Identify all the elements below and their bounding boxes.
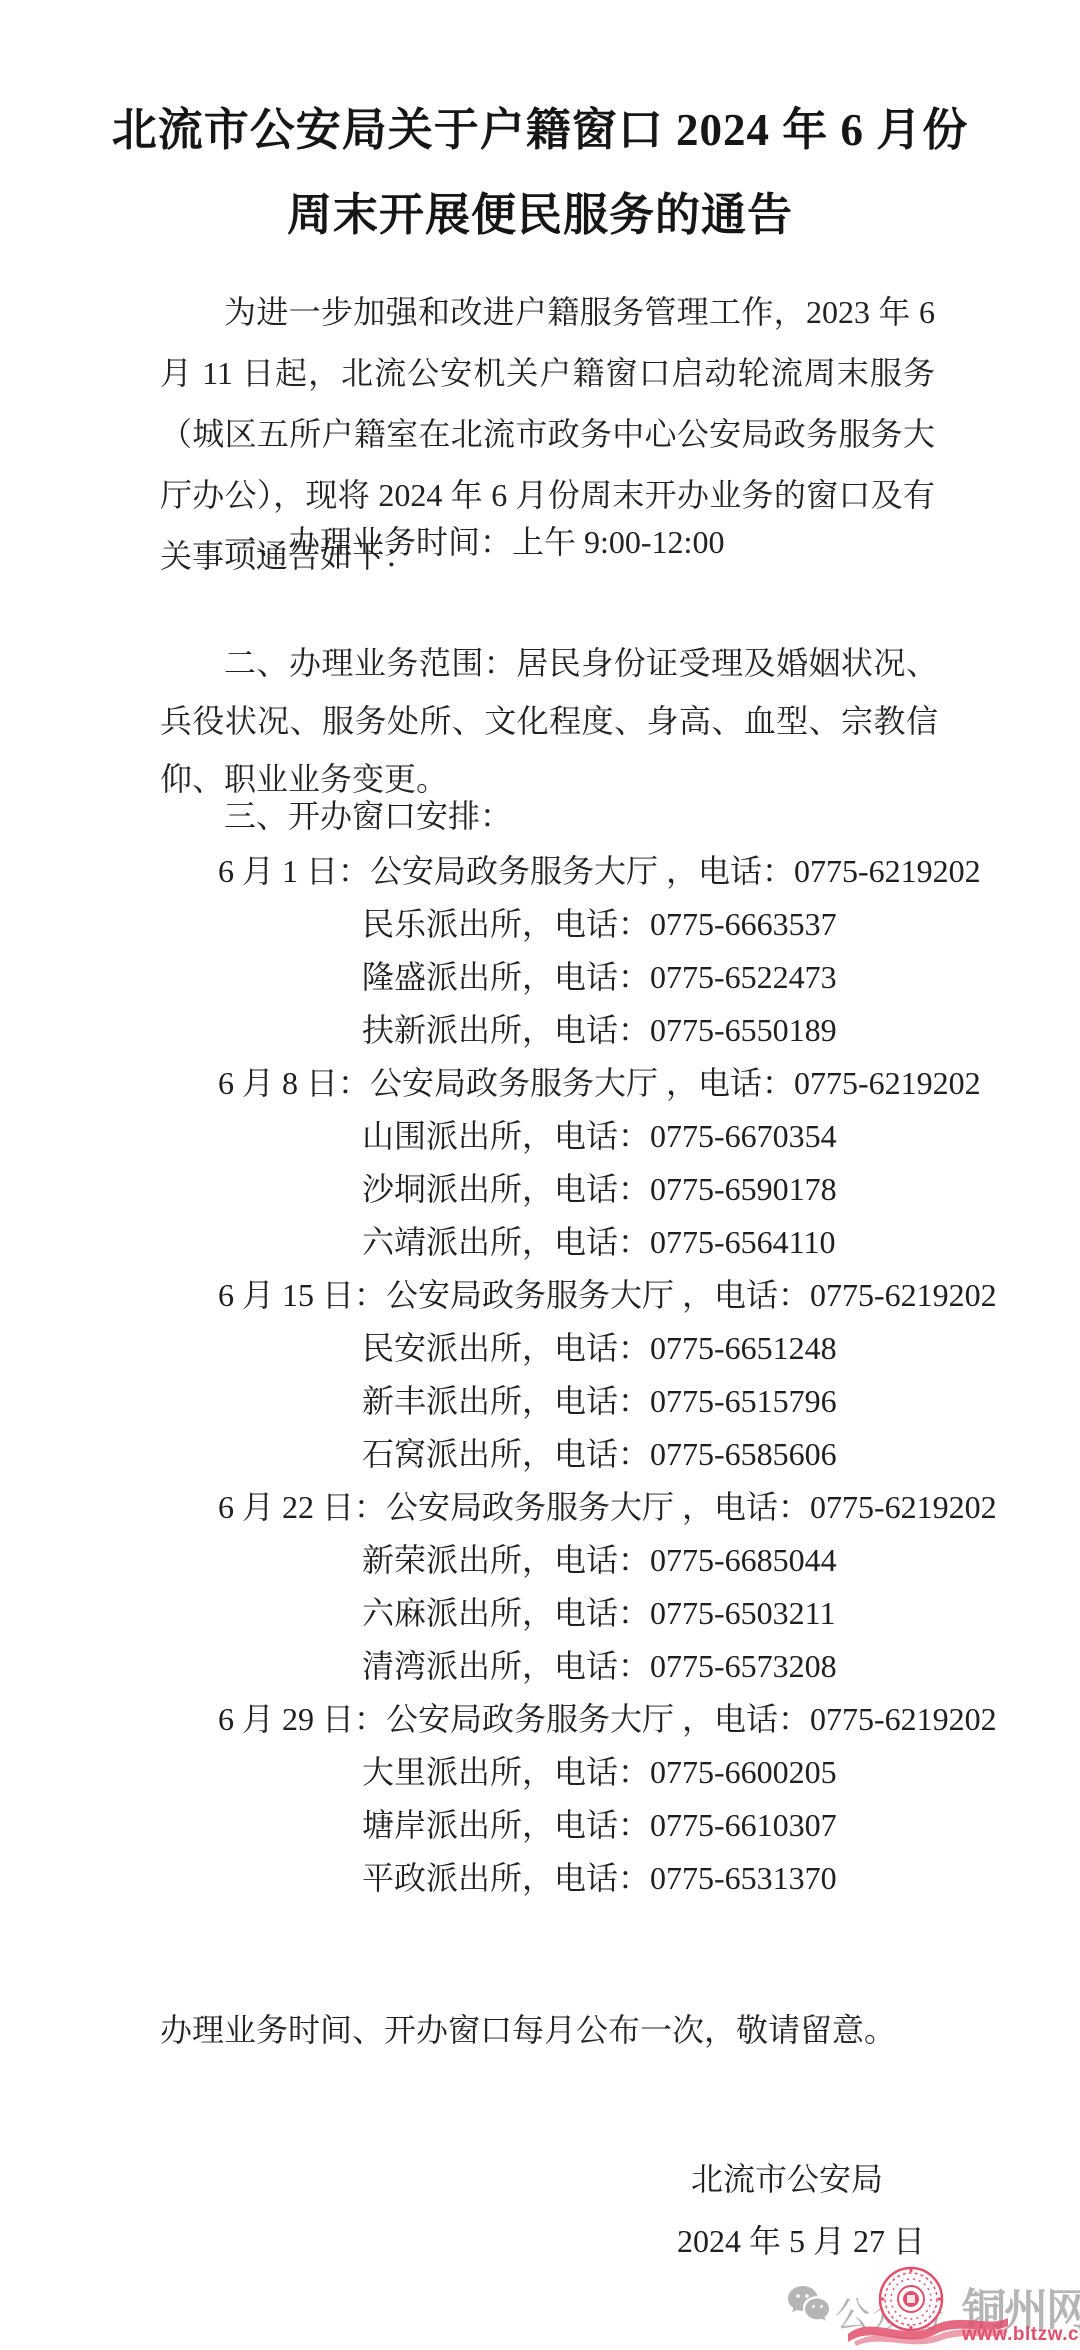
- section-windows-heading: 三、开办窗口安排：: [160, 796, 950, 836]
- seal-icon: [876, 2264, 946, 2334]
- schedule-station-line: 大里派出所，电话：0775-6600205: [160, 1746, 960, 1799]
- schedule-station-line: 隆盛派出所，电话：0775-6522473: [160, 951, 960, 1004]
- issue-date: 2024 年 5 月 27 日: [677, 2210, 897, 2272]
- schedule-station-line: 新丰派出所，电话：0775-6515796: [160, 1375, 960, 1428]
- schedule-date-line: 6 月 8 日：公安局政务服务大厅 ，电话：0775-6219202: [160, 1057, 960, 1110]
- section-service-scope: 二、办理业务范围：居民身份证受理及婚姻状况、兵役状况、服务处所、文化程度、身高、…: [160, 634, 938, 808]
- site-url-watermark: www.bltzw.com: [962, 2324, 1080, 2346]
- schedule-date-line: 6 月 29 日：公安局政务服务大厅 ，电话：0775-6219202: [160, 1693, 960, 1746]
- schedule-date-line: 6 月 1 日：公安局政务服务大厅 ，电话：0775-6219202: [160, 845, 960, 898]
- schedule-date: 6 月 8 日：: [218, 1065, 370, 1101]
- notice-title: 北流市公安局关于户籍窗口 2024 年 6 月份 周末开展便民服务的通告: [0, 88, 1080, 258]
- wechat-icon: [786, 2284, 832, 2328]
- schedule-station-line: 六麻派出所，电话：0775-6503211: [160, 1587, 960, 1640]
- schedule-station-line: 民安派出所，电话：0775-6651248: [160, 1322, 960, 1375]
- schedule-station-line: 沙垌派出所，电话：0775-6590178: [160, 1163, 960, 1216]
- schedule-hall: 公安局政务服务大厅 ，电话：0775-6219202: [370, 1065, 981, 1101]
- schedule-station-line: 山围派出所，电话：0775-6670354: [160, 1110, 960, 1163]
- notice-title-line2: 周末开展便民服务的通告: [0, 173, 1080, 258]
- schedule-date: 6 月 29 日：: [218, 1701, 386, 1737]
- schedule-station-line: 六靖派出所，电话：0775-6564110: [160, 1216, 960, 1269]
- schedule-date: 6 月 15 日：: [218, 1277, 386, 1313]
- closing-note: 办理业务时间、开办窗口每月公布一次，敬请留意。: [160, 2007, 950, 2053]
- signature-block: 北流市公安局 2024 年 5 月 27 日: [677, 2148, 897, 2272]
- schedule-hall: 公安局政务服务大厅 ，电话：0775-6219202: [386, 1701, 997, 1737]
- wechat-account-label: 公众号: [835, 2288, 946, 2338]
- schedule-hall: 公安局政务服务大厅 ，电话：0775-6219202: [386, 1277, 997, 1313]
- schedule-hall: 公安局政务服务大厅 ，电话：0775-6219202: [386, 1489, 997, 1525]
- schedule-date-line: 6 月 15 日：公安局政务服务大厅 ，电话：0775-6219202: [160, 1269, 960, 1322]
- schedule-date: 6 月 22 日：: [218, 1489, 386, 1525]
- issuer-name: 北流市公安局: [677, 2148, 897, 2210]
- schedule-station-line: 石窝派出所，电话：0775-6585606: [160, 1428, 960, 1481]
- schedule-station-line: 扶新派出所，电话：0775-6550189: [160, 1004, 960, 1057]
- schedule-date-line: 6 月 22 日：公安局政务服务大厅 ，电话：0775-6219202: [160, 1481, 960, 1534]
- schedule-station-line: 清湾派出所，电话：0775-6573208: [160, 1640, 960, 1693]
- schedule-station-line: 民乐派出所，电话：0775-6663537: [160, 898, 960, 951]
- schedule-date: 6 月 1 日：: [218, 853, 370, 889]
- ribbon-icon: [848, 2312, 1008, 2348]
- schedule-station-line: 平政派出所，电话：0775-6531370: [160, 1852, 960, 1905]
- schedule-list: 6 月 1 日：公安局政务服务大厅 ，电话：0775-6219202 民乐派出所…: [160, 845, 960, 1905]
- schedule-hall: 公安局政务服务大厅 ，电话：0775-6219202: [370, 853, 981, 889]
- schedule-station-line: 塘岸派出所，电话：0775-6610307: [160, 1799, 960, 1852]
- section-service-time: 一、办理业务时间：上午 9:00-12:00: [160, 522, 950, 562]
- schedule-station-line: 新荣派出所，电话：0775-6685044: [160, 1534, 960, 1587]
- notice-document: 北流市公安局关于户籍窗口 2024 年 6 月份 周末开展便民服务的通告 为进一…: [0, 0, 1080, 2350]
- site-name-watermark: 铜州网: [962, 2274, 1080, 2338]
- notice-title-line1: 北流市公安局关于户籍窗口 2024 年 6 月份: [0, 88, 1080, 173]
